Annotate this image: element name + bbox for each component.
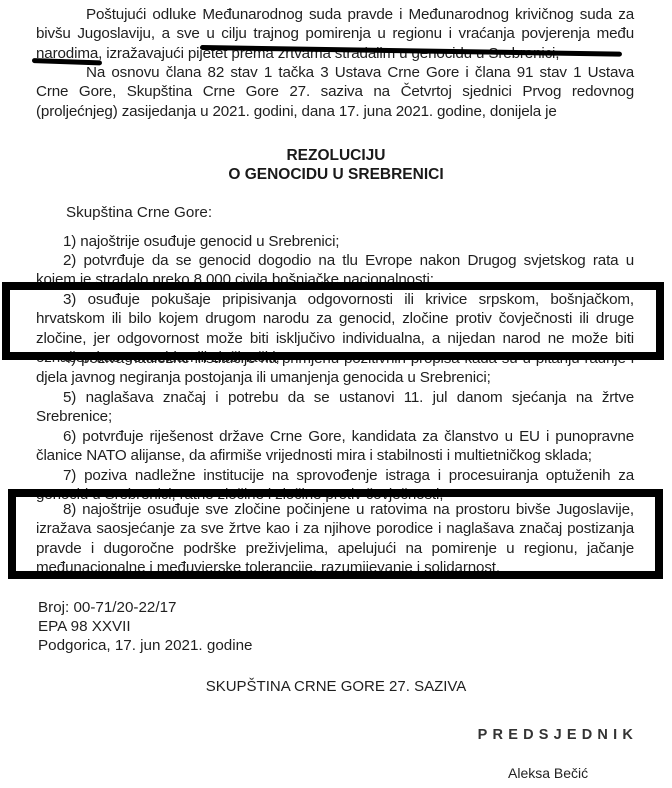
place-date: Podgorica, 17. jun 2021. godine — [38, 636, 252, 655]
resolution-item-1: 1) najoštrije osuđuje genocid u Srebreni… — [36, 232, 634, 251]
epa-number: EPA 98 XXVII — [38, 617, 131, 636]
signatory-title: PREDSJEDNIK — [478, 727, 638, 743]
resolution-item-6: 6) potvrđuje riješenost države Crne Gore… — [36, 427, 634, 466]
highlight-box-item-3 — [2, 282, 664, 360]
preamble-paragraph-2: Na osnovu člana 82 stav 1 tačka 3 Ustava… — [36, 63, 634, 121]
resolution-item-5: 5) naglašava značaj i potrebu da se usta… — [36, 388, 634, 427]
document-title: REZOLUCIJU — [0, 146, 672, 166]
document-subtitle: O GENOCIDU U SREBRENICI — [0, 165, 672, 185]
resolution-intro: Skupština Crne Gore: — [66, 203, 212, 222]
document-page: Poštujući odluke Međunarodnog suda pravd… — [0, 0, 672, 788]
signatory-name: Aleksa Bečić — [508, 765, 588, 781]
assembly-name: SKUPŠTINA CRNE GORE 27. SAZIVA — [0, 678, 672, 695]
highlight-box-item-8 — [8, 489, 663, 579]
document-number: Broj: 00-71/20-22/17 — [38, 598, 176, 617]
